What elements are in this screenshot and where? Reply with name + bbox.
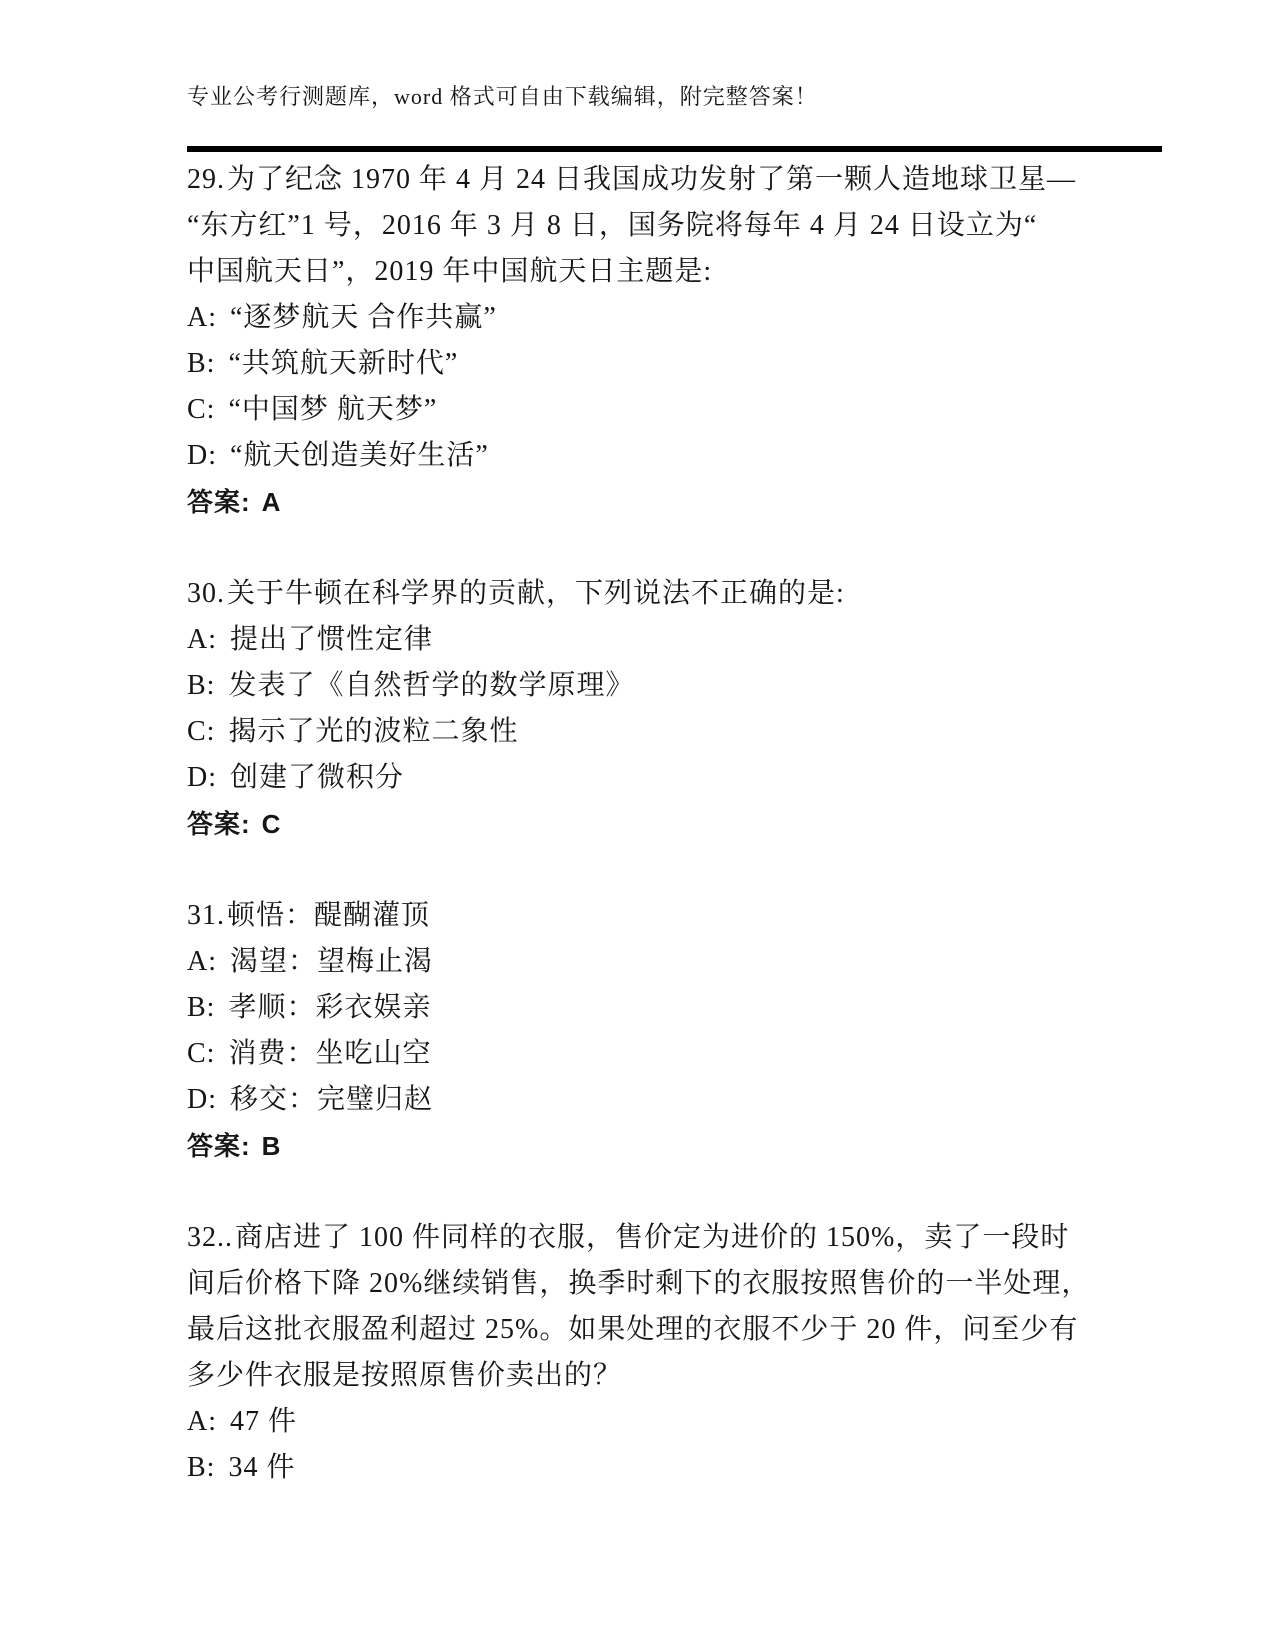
- stem-line: 多少件衣服是按照原售价卖出的？: [187, 1353, 1162, 1399]
- option-label: B:: [187, 348, 215, 379]
- question-stem: 32..商店进了 100 件同样的衣服，售价定为进价的 150%，卖了一段时间后…: [187, 1215, 1162, 1399]
- option-row: A:渴望：望梅止渴: [187, 939, 1162, 985]
- stem-text: 顿悟：醍醐灌顶: [227, 900, 430, 931]
- answer-row: 答案:A: [187, 479, 1162, 525]
- answer-value: C: [262, 809, 282, 839]
- answer-row: 答案:B: [187, 1123, 1162, 1169]
- question-stem: 30.关于牛顿在科学界的贡献，下列说法不正确的是:: [187, 571, 1162, 617]
- option-text: 消费：坐吃山空: [228, 1038, 431, 1069]
- answer-label: 答案:: [187, 809, 251, 839]
- stem-text: “东方红”1 号，2016 年 3 月 8 日，国务院将每年 4 月 24 日设…: [187, 210, 1037, 241]
- stem-text: 多少件衣服是按照原售价卖出的？: [187, 1360, 622, 1391]
- option-label: A:: [187, 302, 217, 333]
- option-text: 34 件: [228, 1452, 295, 1483]
- question-block: 29.为了纪念 1970 年 4 月 24 日我国成功发射了第一颗人造地球卫星—…: [187, 157, 1162, 525]
- option-row: D:移交：完璧归赵: [187, 1077, 1162, 1123]
- option-label: A:: [187, 946, 217, 977]
- stem-line: 最后这批衣服盈利超过 25%。如果处理的衣服不少于 20 件，问至少有: [187, 1307, 1162, 1353]
- document-page: 专业公考行测题库，word 格式可自由下载编辑，附完整答案！ 29.为了纪念 1…: [0, 0, 1275, 1650]
- stem-line: 间后价格下降 20%继续销售，换季时剩下的衣服按照售价的一半处理，: [187, 1261, 1162, 1307]
- option-row: D:创建了微积分: [187, 755, 1162, 801]
- option-label: D:: [187, 762, 217, 793]
- option-label: D:: [187, 440, 217, 471]
- stem-line: 31.顿悟：醍醐灌顶: [187, 893, 1162, 939]
- option-label: D:: [187, 1084, 217, 1115]
- option-text: “航天创造美好生活”: [230, 440, 489, 471]
- option-label: A:: [187, 1406, 217, 1437]
- question-number: 29.: [187, 164, 225, 195]
- answer-label: 答案:: [187, 487, 251, 517]
- question-number: 31.: [187, 900, 225, 931]
- option-row: A:提出了惯性定律: [187, 617, 1162, 663]
- question-block: 31.顿悟：醍醐灌顶A:渴望：望梅止渴B:孝顺：彩衣娱亲C:消费：坐吃山空D:移…: [187, 893, 1162, 1169]
- stem-text: 最后这批衣服盈利超过 25%。如果处理的衣服不少于 20 件，问至少有: [187, 1314, 1078, 1345]
- option-label: B:: [187, 992, 215, 1023]
- option-label: C:: [187, 716, 215, 747]
- option-row: A:47 件: [187, 1399, 1162, 1445]
- stem-text: 为了纪念 1970 年 4 月 24 日我国成功发射了第一颗人造地球卫星—: [227, 164, 1076, 195]
- option-row: B:孝顺：彩衣娱亲: [187, 985, 1162, 1031]
- option-text: 揭示了光的波粒二象性: [228, 716, 518, 747]
- option-row: B:34 件: [187, 1445, 1162, 1491]
- answer-value: A: [262, 487, 282, 517]
- option-row: C:“中国梦 航天梦”: [187, 387, 1162, 433]
- question-number: 30.: [187, 578, 225, 609]
- stem-line: 30.关于牛顿在科学界的贡献，下列说法不正确的是:: [187, 571, 1162, 617]
- header-double-rule: [187, 146, 1162, 152]
- option-row: C:揭示了光的波粒二象性: [187, 709, 1162, 755]
- question-block: 30.关于牛顿在科学界的贡献，下列说法不正确的是:A:提出了惯性定律B:发表了《…: [187, 571, 1162, 847]
- answer-value: B: [262, 1131, 282, 1161]
- option-row: A:“逐梦航天 合作共赢”: [187, 295, 1162, 341]
- stem-text: 关于牛顿在科学界的贡献，下列说法不正确的是:: [227, 578, 845, 609]
- stem-line: 29.为了纪念 1970 年 4 月 24 日我国成功发射了第一颗人造地球卫星—: [187, 157, 1162, 203]
- option-text: “中国梦 航天梦”: [228, 394, 437, 425]
- option-label: A:: [187, 624, 217, 655]
- option-label: C:: [187, 1038, 215, 1069]
- option-text: “逐梦航天 合作共赢”: [230, 302, 497, 333]
- option-text: 渴望：望梅止渴: [230, 946, 433, 977]
- option-text: 孝顺：彩衣娱亲: [228, 992, 431, 1023]
- question-number: 32..: [187, 1222, 233, 1253]
- option-row: D:“航天创造美好生活”: [187, 433, 1162, 479]
- stem-line: 32..商店进了 100 件同样的衣服，售价定为进价的 150%，卖了一段时: [187, 1215, 1162, 1261]
- question-stem: 29.为了纪念 1970 年 4 月 24 日我国成功发射了第一颗人造地球卫星—…: [187, 157, 1162, 295]
- stem-line: “东方红”1 号，2016 年 3 月 8 日，国务院将每年 4 月 24 日设…: [187, 203, 1162, 249]
- question-block: 32..商店进了 100 件同样的衣服，售价定为进价的 150%，卖了一段时间后…: [187, 1215, 1162, 1491]
- option-label: B:: [187, 670, 215, 701]
- option-label: C:: [187, 394, 215, 425]
- answer-row: 答案:C: [187, 801, 1162, 847]
- question-stem: 31.顿悟：醍醐灌顶: [187, 893, 1162, 939]
- option-text: 提出了惯性定律: [230, 624, 433, 655]
- option-text: 发表了《自然哲学的数学原理》: [228, 670, 634, 701]
- option-text: 47 件: [230, 1406, 297, 1437]
- option-text: 移交：完璧归赵: [230, 1084, 433, 1115]
- page-header: 专业公考行测题库，word 格式可自由下载编辑，附完整答案！: [187, 85, 1162, 152]
- option-row: B:“共筑航天新时代”: [187, 341, 1162, 387]
- option-row: B:发表了《自然哲学的数学原理》: [187, 663, 1162, 709]
- option-text: 创建了微积分: [230, 762, 404, 793]
- question-list: 29.为了纪念 1970 年 4 月 24 日我国成功发射了第一颗人造地球卫星—…: [187, 157, 1162, 1491]
- stem-text: 商店进了 100 件同样的衣服，售价定为进价的 150%，卖了一段时: [235, 1222, 1069, 1253]
- answer-label: 答案:: [187, 1131, 251, 1161]
- stem-line: 中国航天日”，2019 年中国航天日主题是:: [187, 249, 1162, 295]
- stem-text: 中国航天日”，2019 年中国航天日主题是:: [187, 256, 712, 287]
- option-row: C:消费：坐吃山空: [187, 1031, 1162, 1077]
- option-label: B:: [187, 1452, 215, 1483]
- stem-text: 间后价格下降 20%继续销售，换季时剩下的衣服按照售价的一半处理，: [187, 1268, 1090, 1299]
- header-promo-text: 专业公考行测题库，word 格式可自由下载编辑，附完整答案！: [187, 85, 1162, 109]
- option-text: “共筑航天新时代”: [228, 348, 458, 379]
